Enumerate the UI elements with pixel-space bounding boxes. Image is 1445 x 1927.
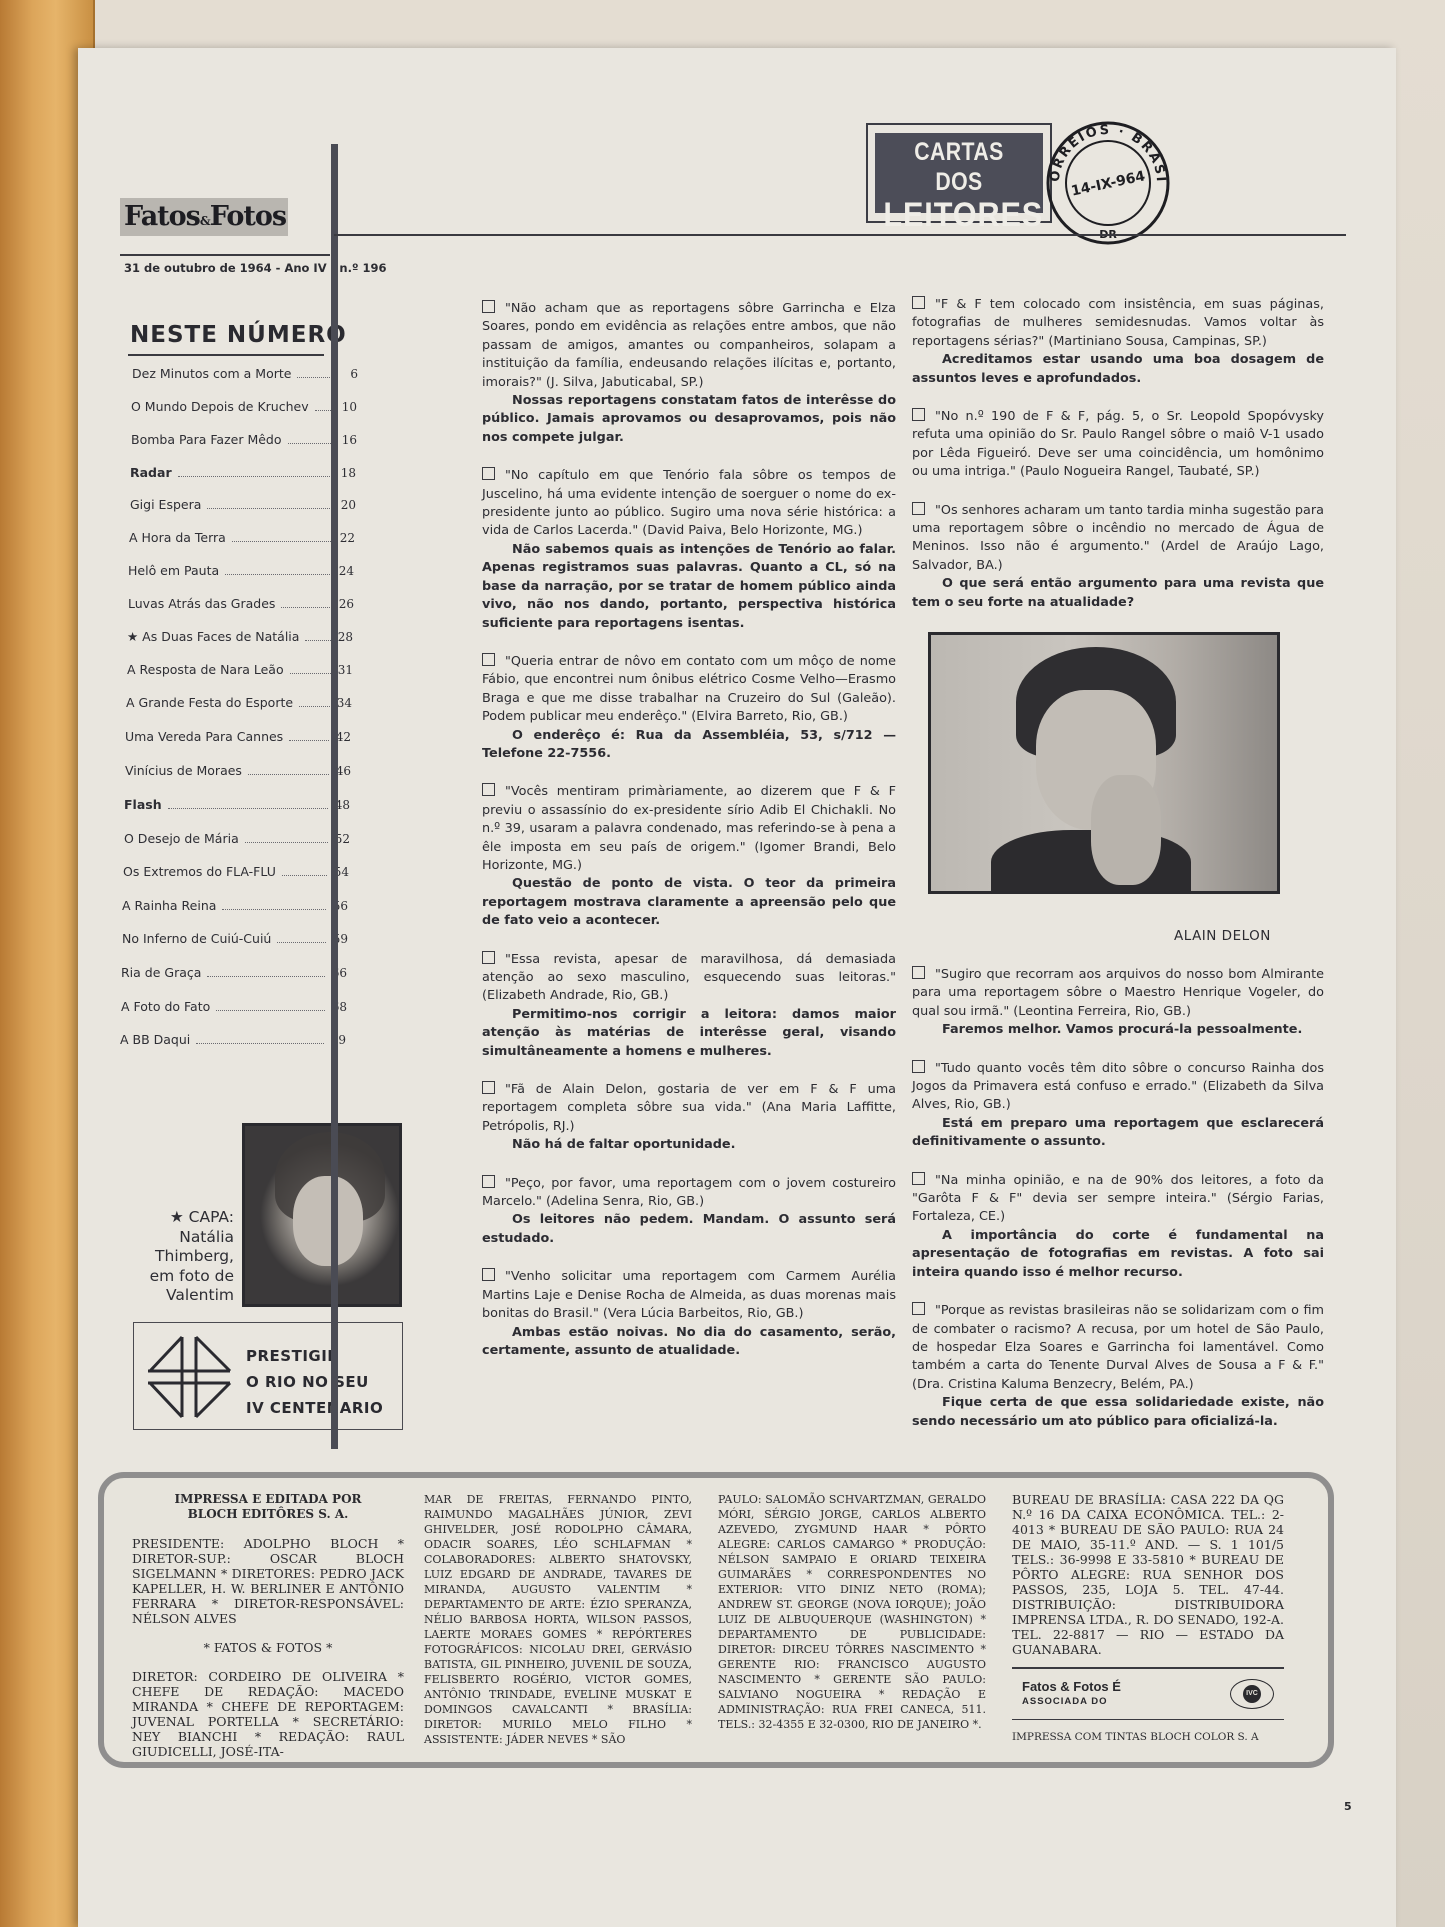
toc-page-number: 26 — [336, 597, 354, 611]
svg-text:14-IX-964: 14-IX-964 — [1070, 168, 1147, 199]
masthead-column-2: MAR DE FREITAS, FERNANDO PINTO, RAIMUNDO… — [424, 1492, 692, 1747]
letter-bullet-icon — [482, 467, 495, 480]
letter-text: "F & F tem colocado com insistência, em … — [912, 297, 1324, 349]
header-rule — [120, 254, 330, 256]
masthead-column-1: IMPRESSA E EDITADA POR BLOCH EDITÔRES S.… — [132, 1492, 404, 1759]
toc-item[interactable]: O Mundo Depois de Kruchev10 — [131, 399, 357, 414]
letter-text: "Tudo quanto vocês têm dito sôbre o conc… — [912, 1061, 1324, 1113]
editor-reply: Os leitores não pedem. Mandam. O assunto… — [482, 1211, 896, 1248]
header-rule-right — [334, 234, 1346, 236]
toc-page-number: 18 — [338, 466, 356, 480]
letter-text: "Venho solicitar uma reportagem com Carm… — [482, 1269, 896, 1321]
toc-rule — [128, 354, 324, 356]
toc-item[interactable]: Uma Vereda Para Cannes42 — [125, 729, 351, 744]
ivc-association: Fatos & Fotos É ASSOCIADA DO IVC — [1012, 1679, 1284, 1709]
letter-bullet-icon — [482, 653, 495, 666]
toc-item[interactable]: Flash48 — [124, 797, 350, 812]
editor-reply: Permitimo-nos corrigir a leitora: damos … — [482, 1006, 896, 1061]
reader-letter: "Fã de Alain Delon, gostaria de ver em F… — [482, 1081, 896, 1155]
letter-text: "Peço, por favor, uma reportagem com o j… — [482, 1176, 896, 1209]
editor-reply: A importância do corte é fundamental na … — [912, 1227, 1324, 1282]
letter-text: "Vocês mentiram primàriamente, ao dizere… — [482, 784, 896, 873]
toc-item[interactable]: Os Extremos do FLA-FLU54 — [123, 864, 349, 879]
toc-item[interactable]: A Resposta de Nara Leão31 — [127, 662, 353, 677]
letters-column-center: "Não acham que as reportagens sôbre Garr… — [482, 300, 896, 1380]
editor-reply: Está em preparo uma reportagem que escla… — [912, 1115, 1324, 1152]
reader-letter: "No n.º 190 de F & F, pág. 5, o Sr. Leop… — [912, 408, 1324, 482]
magazine-logo: Fatos&Fotos — [120, 198, 288, 236]
toc-item[interactable]: A Foto do Fato68 — [121, 999, 347, 1014]
masthead-column-3: PAULO: SALOMÃO SCHVARTZMAN, GERALDO MÓRI… — [718, 1492, 986, 1732]
toc-item[interactable]: Bomba Para Fazer Mêdo16 — [131, 432, 357, 447]
toc-item[interactable]: A Hora da Terra22 — [129, 530, 355, 545]
reader-letter: "Na minha opinião, e na de 90% dos leito… — [912, 1172, 1324, 1282]
toc-item[interactable]: Ria de Graça66 — [121, 965, 347, 980]
cover-photo — [242, 1123, 402, 1307]
letter-text: "Essa revista, apesar de maravilhosa, dá… — [482, 952, 896, 1004]
editor-reply: Não há de faltar oportunidade. — [482, 1136, 896, 1154]
iv-centenario-promo: PRESTIGIE O RIO NO SEU IV CENTENARIO — [133, 1322, 403, 1430]
ivc-badge-icon: IVC — [1230, 1679, 1274, 1709]
editor-reply: O que será então argumento para uma revi… — [912, 575, 1324, 612]
reader-letter: "Essa revista, apesar de maravilhosa, dá… — [482, 951, 896, 1061]
reader-letter: "Peço, por favor, uma reportagem com o j… — [482, 1175, 896, 1249]
letter-text: "Na minha opinião, e na de 90% dos leito… — [912, 1173, 1324, 1225]
toc-title: NESTE NÚMERO — [130, 322, 347, 348]
section-title-line2: LEITORES — [883, 197, 1034, 233]
letters-column-right-bottom: "Sugiro que recorram aos arquivos do nos… — [912, 966, 1324, 1451]
editor-reply: Não sabemos quais as intenções de Tenóri… — [482, 541, 896, 633]
toc-page-number: 16 — [339, 433, 357, 447]
letter-text: "No capítulo em que Tenório fala sôbre o… — [482, 468, 896, 538]
editor-reply: Fique certa de que essa solidariedade ex… — [912, 1394, 1324, 1431]
masthead-box: IMPRESSA E EDITADA POR BLOCH EDITÔRES S.… — [98, 1472, 1334, 1768]
toc-item[interactable]: Dez Minutos com a Morte6 — [132, 366, 358, 381]
toc-item[interactable]: A BB Daqui69 — [120, 1032, 346, 1047]
reader-letter: "Tudo quanto vocês têm dito sôbre o conc… — [912, 1060, 1324, 1152]
letter-bullet-icon — [912, 296, 925, 309]
toc-item[interactable]: Vinícius de Moraes46 — [125, 763, 351, 778]
reader-letter: "Não acham que as reportagens sôbre Garr… — [482, 300, 896, 447]
letter-text: "Não acham que as reportagens sôbre Garr… — [482, 301, 896, 390]
reader-letter: "No capítulo em que Tenório fala sôbre o… — [482, 467, 896, 633]
letter-bullet-icon — [912, 1172, 925, 1185]
letter-text: "No n.º 190 de F & F, pág. 5, o Sr. Leop… — [912, 409, 1324, 479]
reader-letter: "Os senhores acharam um tanto tardia min… — [912, 502, 1324, 612]
reader-letter: "F & F tem colocado com insistência, em … — [912, 296, 1324, 388]
letter-bullet-icon — [482, 1175, 495, 1188]
letter-bullet-icon — [912, 408, 925, 421]
letter-text: "Queria entrar de nôvo em contato com um… — [482, 654, 896, 724]
reader-letter: "Vocês mentiram primàriamente, ao dizere… — [482, 783, 896, 930]
reader-letter: "Sugiro que recorram aos arquivos do nos… — [912, 966, 1324, 1040]
editor-reply: Questão de ponto de vista. O teor da pri… — [482, 875, 896, 930]
letter-text: "Porque as revistas brasileiras não se s… — [912, 1303, 1324, 1392]
toc-page-number: 20 — [338, 498, 356, 512]
letter-bullet-icon — [482, 783, 495, 796]
toc-item[interactable]: Gigi Espera20 — [130, 497, 356, 512]
toc-page-number: 22 — [337, 531, 355, 545]
editor-reply: O enderêço é: Rua da Assembléia, 53, s/7… — [482, 727, 896, 764]
letter-bullet-icon — [482, 300, 495, 313]
magazine-page: Fatos&Fotos 31 de outubro de 1964 - Ano … — [78, 48, 1396, 1927]
section-stamp: CARTAS DOS LEITORES — [866, 123, 1052, 223]
toc-item[interactable]: O Desejo de Mária52 — [124, 831, 350, 846]
editor-reply: Nossas reportagens constatam fatos de in… — [482, 392, 896, 447]
reader-letter: "Queria entrar de nôvo em contato com um… — [482, 653, 896, 763]
reader-letter: "Venho solicitar uma reportagem com Carm… — [482, 1268, 896, 1360]
reader-letter: "Porque as revistas brasileiras não se s… — [912, 1302, 1324, 1431]
letter-bullet-icon — [912, 1302, 925, 1315]
toc-item[interactable]: Luvas Atrás das Grades26 — [128, 596, 354, 611]
letters-column-right-top: "F & F tem colocado com insistência, em … — [912, 296, 1324, 632]
cover-caption: ★ CAPA:NatáliaThimberg,em foto deValenti… — [126, 1208, 234, 1306]
postmark-icon: CORREIOS · BRASIL 14-IX-964 DR — [1043, 118, 1173, 248]
toc-item[interactable]: A Grande Festa do Esporte34 — [126, 695, 352, 710]
letter-text: "Fã de Alain Delon, gostaria de ver em F… — [482, 1082, 896, 1134]
alain-delon-photo — [928, 632, 1280, 894]
toc-item[interactable]: ★ As Duas Faces de Natália28 — [127, 629, 353, 644]
toc-item[interactable]: Radar18 — [130, 465, 356, 480]
letter-bullet-icon — [912, 966, 925, 979]
editor-reply: Faremos melhor. Vamos procurá-la pessoal… — [912, 1021, 1324, 1039]
letter-bullet-icon — [482, 951, 495, 964]
letter-bullet-icon — [482, 1268, 495, 1281]
letter-bullet-icon — [912, 502, 925, 515]
letter-bullet-icon — [482, 1081, 495, 1094]
rio-centenary-logo-icon — [144, 1333, 234, 1421]
toc-item[interactable]: A Rainha Reina56 — [122, 898, 348, 913]
letter-text: "Os senhores acharam um tanto tardia min… — [912, 503, 1324, 573]
letter-bullet-icon — [912, 1060, 925, 1073]
toc-item[interactable]: Helô em Pauta24 — [128, 563, 354, 578]
editor-reply: Ambas estão noivas. No dia do casamento,… — [482, 1324, 896, 1361]
photo-caption: ALAIN DELON — [1174, 928, 1271, 944]
toc-page-number: 10 — [339, 400, 357, 414]
column-divider — [331, 144, 338, 1449]
toc-page-number: 6 — [340, 367, 358, 381]
editor-reply: Acreditamos estar usando uma boa dosagem… — [912, 351, 1324, 388]
issue-date-line: 31 de outubro de 1964 - Ano IV - n.º 196 — [124, 261, 386, 275]
section-title-line1: CARTAS DOS — [888, 137, 1031, 197]
page-number: 5 — [1344, 1800, 1352, 1813]
toc-item[interactable]: No Inferno de Cuiú-Cuiú59 — [122, 931, 348, 946]
masthead-column-4: BUREAU DE BRASÍLIA: CASA 222 DA QG N.º 1… — [1012, 1492, 1284, 1745]
toc-page-number: 24 — [336, 564, 354, 578]
letter-text: "Sugiro que recorram aos arquivos do nos… — [912, 967, 1324, 1019]
